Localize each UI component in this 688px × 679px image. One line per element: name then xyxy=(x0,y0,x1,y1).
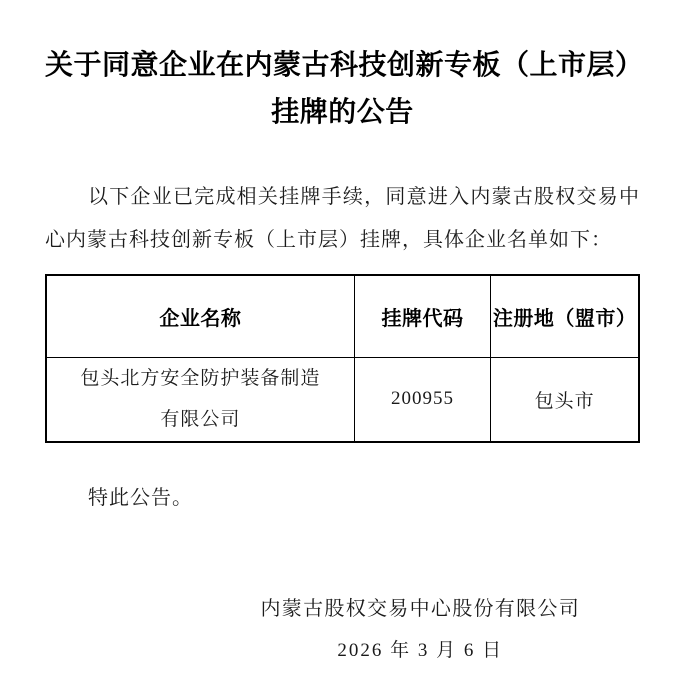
company-name-line-1: 包头北方安全防护装备制造 xyxy=(47,358,354,399)
col-header-company-name: 企业名称 xyxy=(46,275,354,357)
registration-place-cell: 包头市 xyxy=(491,357,639,442)
company-name-cell: 包头北方安全防护装备制造 有限公司 xyxy=(46,357,354,442)
page-title-line-2: 挂牌的公告 xyxy=(45,89,640,136)
page-title-line-1: 关于同意企业在内蒙古科技创新专板（上市层） xyxy=(45,42,640,89)
col-header-registration-place: 注册地（盟市） xyxy=(491,275,639,357)
listing-code-value: 200955 xyxy=(391,388,454,409)
registration-place-value: 包头市 xyxy=(535,391,595,412)
intro-paragraph: 以下企业已完成相关挂牌手续，同意进入内蒙古股权交易中心内蒙古科技创新专板（上市层… xyxy=(45,176,640,262)
announcement-document: 关于同意企业在内蒙古科技创新专板（上市层） 挂牌的公告 以下企业已完成相关挂牌手… xyxy=(0,0,688,679)
listing-code-cell: 200955 xyxy=(354,357,490,442)
company-name-line-2: 有限公司 xyxy=(47,399,354,440)
signature-block: 内蒙古股权交易中心股份有限公司 2026 年 3 月 6 日 xyxy=(261,597,581,663)
issuer-name: 内蒙古股权交易中心股份有限公司 xyxy=(261,597,581,621)
companies-table: 企业名称 挂牌代码 注册地（盟市） 包头北方安全防护装备制造 有限公司 2009… xyxy=(45,274,640,443)
issue-date: 2026 年 3 月 6 日 xyxy=(261,639,581,663)
table-header-row: 企业名称 挂牌代码 注册地（盟市） xyxy=(46,275,639,357)
page-title: 关于同意企业在内蒙古科技创新专板（上市层） 挂牌的公告 xyxy=(45,42,640,136)
col-header-listing-code: 挂牌代码 xyxy=(354,275,490,357)
table-row: 包头北方安全防护装备制造 有限公司 200955 包头市 xyxy=(46,357,639,442)
closing-note: 特此公告。 xyxy=(45,487,640,509)
